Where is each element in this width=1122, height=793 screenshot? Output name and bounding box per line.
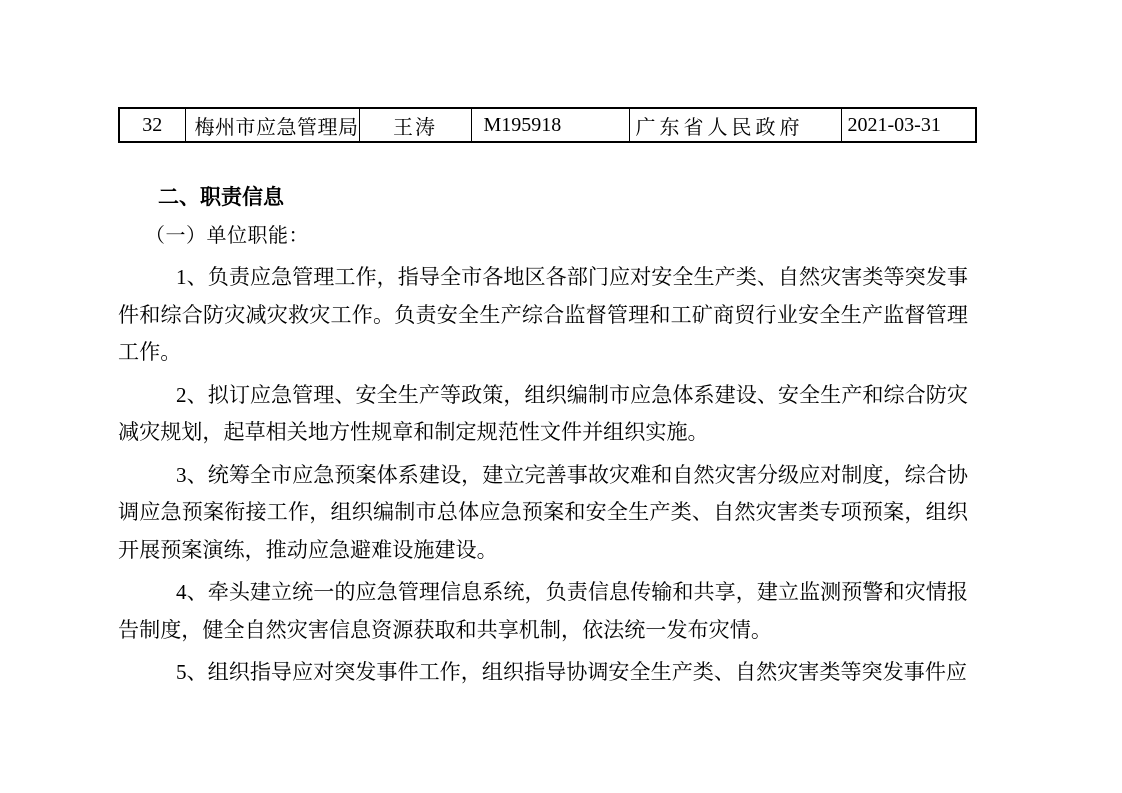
duty-paragraph-3: 3、统筹全市应急预案体系建设，建立完善事故灾难和自然灾害分级应对制度，综合协调应… xyxy=(118,457,968,570)
cert-number-cell: M195918 xyxy=(471,108,629,142)
duty-paragraph-4: 4、牵头建立统一的应急管理信息系统，负责信息传输和共享，建立监测预警和灾情报告制… xyxy=(118,574,968,649)
org-name-cell: 梅州市应急管理局 xyxy=(185,108,359,142)
row-number-cell: 32 xyxy=(119,108,185,142)
table-row: 32 梅州市应急管理局 王涛 M195918 广东省人民政府 2021-03-3… xyxy=(119,108,976,142)
duty-paragraph-1: 1、负责应急管理工作，指导全市各地区各部门应对安全生产类、自然灾害类等突发事件和… xyxy=(118,259,968,372)
issue-date-cell: 2021-03-31 xyxy=(841,108,976,142)
subsection-heading: （一）单位职能： xyxy=(145,224,309,248)
issuer-cell: 广东省人民政府 xyxy=(629,108,841,142)
section-heading: 二、职责信息 xyxy=(158,186,284,210)
duties-text-block: 1、负责应急管理工作，指导全市各地区各部门应对安全生产类、自然灾害类等突发事件和… xyxy=(118,259,968,697)
duty-paragraph-2: 2、拟订应急管理、安全生产等政策，组织编制市应急体系建设、安全生产和综合防灾减灾… xyxy=(118,377,968,452)
legal-person-cell: 王涛 xyxy=(359,108,471,142)
duty-paragraph-5: 5、组织指导应对突发事件工作，组织指导协调安全生产类、自然灾害类等突发事件应 xyxy=(118,654,968,692)
registry-table: 32 梅州市应急管理局 王涛 M195918 广东省人民政府 2021-03-3… xyxy=(118,107,977,143)
document-page: 32 梅州市应急管理局 王涛 M195918 广东省人民政府 2021-03-3… xyxy=(0,0,1122,793)
